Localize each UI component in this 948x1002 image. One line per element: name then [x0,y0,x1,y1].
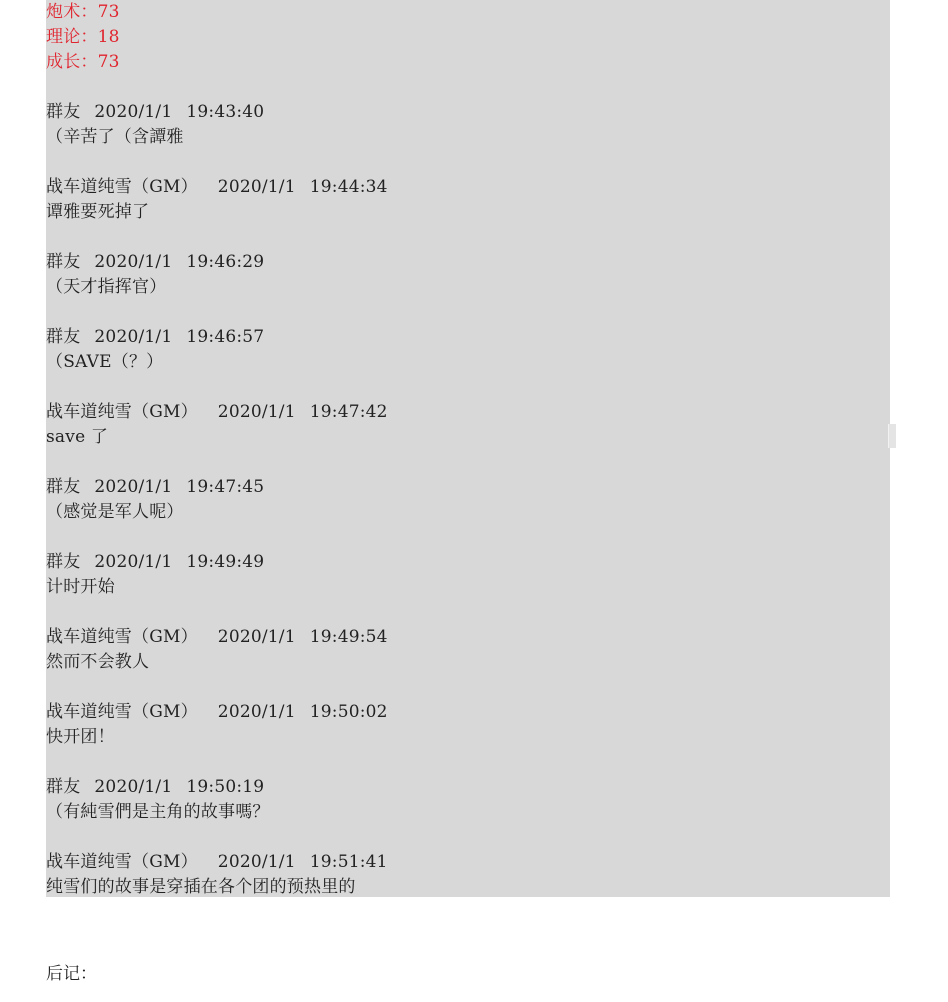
message-time: 19:47:42 [310,402,388,422]
message-item: 群友2020/1/119:47:45（感觉是军人呢） [46,475,890,550]
message-time: 19:47:45 [186,477,264,497]
message-text: （天才指挥官） [46,275,890,300]
message-sender: 战车道纯雪（GM） [46,402,198,422]
spacer [46,300,890,325]
spacer [46,825,890,850]
message-sender: 群友 [46,327,80,347]
message-date: 2020/1/1 [94,252,172,272]
message-item: 战车道纯雪（GM）2020/1/119:49:54然而不会教人 [46,625,890,700]
message-text: （辛苦了（含譚雅 [46,125,890,150]
message-text: （有純雪們是主角的故事嗎？ [46,800,890,825]
message-header: 群友2020/1/119:46:29 [46,250,890,275]
spacer [46,525,890,550]
stat-value: 73 [98,2,120,22]
message-sender: 群友 [46,477,80,497]
message-text: save 了 [46,425,890,450]
stat-line-artillery: 炮术：73 [46,0,890,25]
stat-label: 理论： [46,27,98,47]
message-text: （感觉是军人呢） [46,500,890,525]
message-date: 2020/1/1 [218,627,296,647]
message-sender: 战车道纯雪（GM） [46,852,198,872]
message-sender: 战车道纯雪（GM） [46,627,198,647]
afterword-heading: 后记： [46,962,97,987]
message-time: 19:50:02 [310,702,388,722]
message-item: 战车道纯雪（GM）2020/1/119:51:41纯雪们的故事是穿插在各个团的预… [46,850,890,900]
message-text: （SAVE（？） [46,350,890,375]
message-header: 战车道纯雪（GM）2020/1/119:44:34 [46,175,890,200]
message-header: 群友2020/1/119:47:45 [46,475,890,500]
message-item: 战车道纯雪（GM）2020/1/119:44:34谭雅要死掉了 [46,175,890,250]
message-text: 快开团！ [46,725,890,750]
spacer [46,75,890,100]
message-time: 19:46:29 [186,252,264,272]
message-text: 然而不会教人 [46,650,890,675]
message-date: 2020/1/1 [94,477,172,497]
message-item: 群友2020/1/119:46:57（SAVE（？） [46,325,890,400]
message-item: 群友2020/1/119:46:29（天才指挥官） [46,250,890,325]
spacer [46,150,890,175]
message-sender: 战车道纯雪（GM） [46,702,198,722]
message-sender: 战车道纯雪（GM） [46,177,198,197]
message-sender: 群友 [46,252,80,272]
message-text: 纯雪们的故事是穿插在各个团的预热里的 [46,875,890,900]
message-date: 2020/1/1 [218,702,296,722]
message-sender: 群友 [46,102,80,122]
stat-value: 18 [98,27,120,47]
message-date: 2020/1/1 [218,852,296,872]
message-header: 战车道纯雪（GM）2020/1/119:50:02 [46,700,890,725]
stat-line-growth: 成长：73 [46,50,890,75]
message-header: 战车道纯雪（GM）2020/1/119:51:41 [46,850,890,875]
message-text: 计时开始 [46,575,890,600]
message-sender: 群友 [46,552,80,572]
message-list: 群友2020/1/119:43:40（辛苦了（含譚雅战车道纯雪（GM）2020/… [46,100,890,900]
stat-label: 成长： [46,52,98,72]
spacer [46,600,890,625]
spacer [46,375,890,400]
spacer [46,450,890,475]
message-date: 2020/1/1 [94,102,172,122]
message-time: 19:46:57 [186,327,264,347]
message-header: 战车道纯雪（GM）2020/1/119:47:42 [46,400,890,425]
message-time: 19:51:41 [310,852,388,872]
message-item: 群友2020/1/119:49:49计时开始 [46,550,890,625]
message-time: 19:50:19 [186,777,264,797]
message-time: 19:44:34 [310,177,388,197]
stat-line-theory: 理论：18 [46,25,890,50]
message-date: 2020/1/1 [218,177,296,197]
message-sender: 群友 [46,777,80,797]
stat-value: 73 [98,52,120,72]
message-item: 战车道纯雪（GM）2020/1/119:47:42save 了 [46,400,890,475]
stat-label: 炮术： [46,2,98,22]
message-time: 19:49:49 [186,552,264,572]
message-header: 群友2020/1/119:49:49 [46,550,890,575]
message-date: 2020/1/1 [218,402,296,422]
message-item: 战车道纯雪（GM）2020/1/119:50:02快开团！ [46,700,890,775]
spacer [46,750,890,775]
message-date: 2020/1/1 [94,327,172,347]
message-text: 谭雅要死掉了 [46,200,890,225]
message-item: 群友2020/1/119:43:40（辛苦了（含譚雅 [46,100,890,175]
chat-log: 炮术：73 理论：18 成长：73 群友2020/1/119:43:40（辛苦了… [46,0,890,900]
message-header: 群友2020/1/119:50:19 [46,775,890,800]
message-time: 19:49:54 [310,627,388,647]
message-item: 群友2020/1/119:50:19（有純雪們是主角的故事嗎？ [46,775,890,850]
spacer [46,675,890,700]
message-date: 2020/1/1 [94,552,172,572]
spacer [46,225,890,250]
message-header: 群友2020/1/119:46:57 [46,325,890,350]
message-date: 2020/1/1 [94,777,172,797]
message-time: 19:43:40 [186,102,264,122]
message-header: 战车道纯雪（GM）2020/1/119:49:54 [46,625,890,650]
message-header: 群友2020/1/119:43:40 [46,100,890,125]
